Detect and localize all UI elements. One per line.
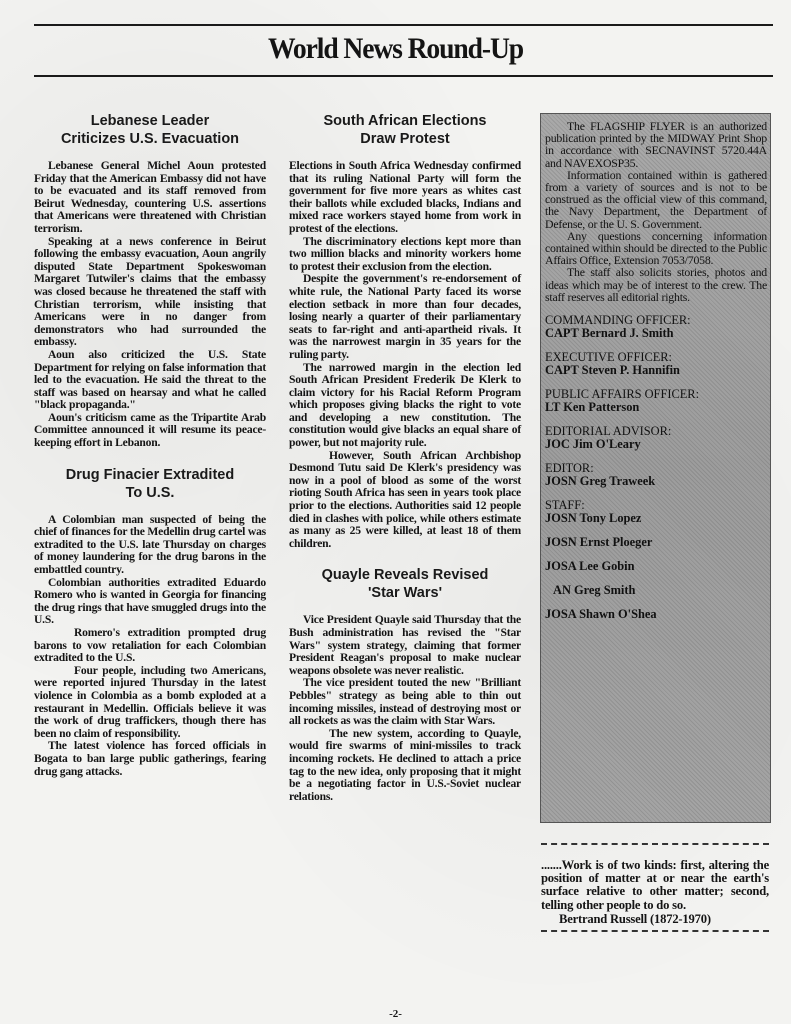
staff-member: JOSA Lee Gobin [545, 560, 767, 573]
paragraph: A Colombian man suspected of being the c… [34, 514, 266, 577]
disclaimer-paragraph: The FLAGSHIP FLYER is an authorized publ… [545, 120, 767, 169]
article-body: A Colombian man suspected of being the c… [34, 514, 266, 778]
staff-entry: EDITORIAL ADVISOR: JOC Jim O'Leary [545, 425, 767, 451]
page-number: -2- [0, 1008, 791, 1020]
article-headline: Quayle Reveals Revised 'Star Wars' [289, 566, 521, 602]
article-headline: Drug Finacier Extradited To U.S. [34, 466, 266, 502]
column-middle: South African Elections Draw Protest Ele… [289, 112, 521, 803]
bottom-rule [34, 75, 773, 77]
article-lebanon: Lebanese Leader Criticizes U.S. Evacuati… [34, 112, 266, 450]
staff-entry: EDITOR: JOSN Greg Traweek [545, 462, 767, 488]
quote-text: .......Work is of two kinds: first, alte… [541, 859, 769, 912]
paragraph: Speaking at a news conference in Beirut … [34, 236, 266, 349]
section-title: World News Round-Up [32, 27, 760, 71]
paragraph: Vice President Quayle said Thursday that… [289, 614, 521, 677]
disclaimer-paragraph: Any questions concerning information con… [545, 230, 767, 267]
staff-member: JOSN Ernst Ploeger [545, 536, 767, 549]
paragraph: The new system, according to Quayle, wou… [289, 728, 521, 804]
paragraph: Aoun's criticism came as the Tripartite … [34, 412, 266, 450]
newsletter-page: World News Round-Up Lebanese Leader Crit… [0, 0, 791, 1024]
disclaimer-paragraph: The staff also solicits stories, photos … [545, 266, 767, 303]
paragraph: The narrowed margin in the election led … [289, 362, 521, 450]
quote-author: Bertrand Russell (1872-1970) [541, 913, 769, 926]
article-south-africa: South African Elections Draw Protest Ele… [289, 112, 521, 550]
article-body: Lebanese General Michel Aoun protested F… [34, 160, 266, 450]
article-quayle: Quayle Reveals Revised 'Star Wars' Vice … [289, 566, 521, 803]
paragraph: Romero's extradition prompted drug baron… [34, 627, 266, 665]
disclaimer-paragraph: Information contained within is gathered… [545, 169, 767, 230]
paragraph: Four people, including two Americans, we… [34, 665, 266, 741]
paragraph: Despite the government's re-endorsement … [289, 273, 521, 361]
column-left: Lebanese Leader Criticizes U.S. Evacuati… [34, 112, 266, 778]
paragraph: Colombian authorities extradited Eduardo… [34, 577, 266, 627]
staff-list: STAFF: JOSN Tony Lopez JOSN Ernst Ploege… [545, 499, 767, 621]
article-body: Vice President Quayle said Thursday that… [289, 614, 521, 803]
staff-member: JOSN Tony Lopez [545, 512, 767, 525]
paragraph: Elections in South Africa Wednesday conf… [289, 160, 521, 236]
paragraph: Aoun also criticized the U.S. State Depa… [34, 349, 266, 412]
article-body: Elections in South Africa Wednesday conf… [289, 160, 521, 550]
paragraph: However, South African Archbishop Desmon… [289, 450, 521, 551]
publication-info-box: The FLAGSHIP FLYER is an authorized publ… [540, 113, 771, 823]
quote-box: .......Work is of two kinds: first, alte… [541, 843, 769, 932]
staff-entry: COMMANDING OFFICER: CAPT Bernard J. Smit… [545, 314, 767, 340]
paragraph: The vice president touted the new "Brill… [289, 677, 521, 727]
paragraph: The latest violence has forced officials… [34, 740, 266, 778]
article-headline: South African Elections Draw Protest [289, 112, 521, 148]
paragraph: Lebanese General Michel Aoun protested F… [34, 160, 266, 236]
paragraph: The discriminatory elections kept more t… [289, 236, 521, 274]
article-headline: Lebanese Leader Criticizes U.S. Evacuati… [34, 112, 266, 148]
staff-member: JOSA Shawn O'Shea [545, 608, 767, 621]
top-rule [34, 24, 773, 26]
staff-entry: EXECUTIVE OFFICER: CAPT Steven P. Hannif… [545, 351, 767, 377]
staff-member: AN Greg Smith [545, 584, 767, 597]
article-drug-financier: Drug Finacier Extradited To U.S. A Colom… [34, 466, 266, 778]
staff-entry: PUBLIC AFFAIRS OFFICER: LT Ken Patterson [545, 388, 767, 414]
